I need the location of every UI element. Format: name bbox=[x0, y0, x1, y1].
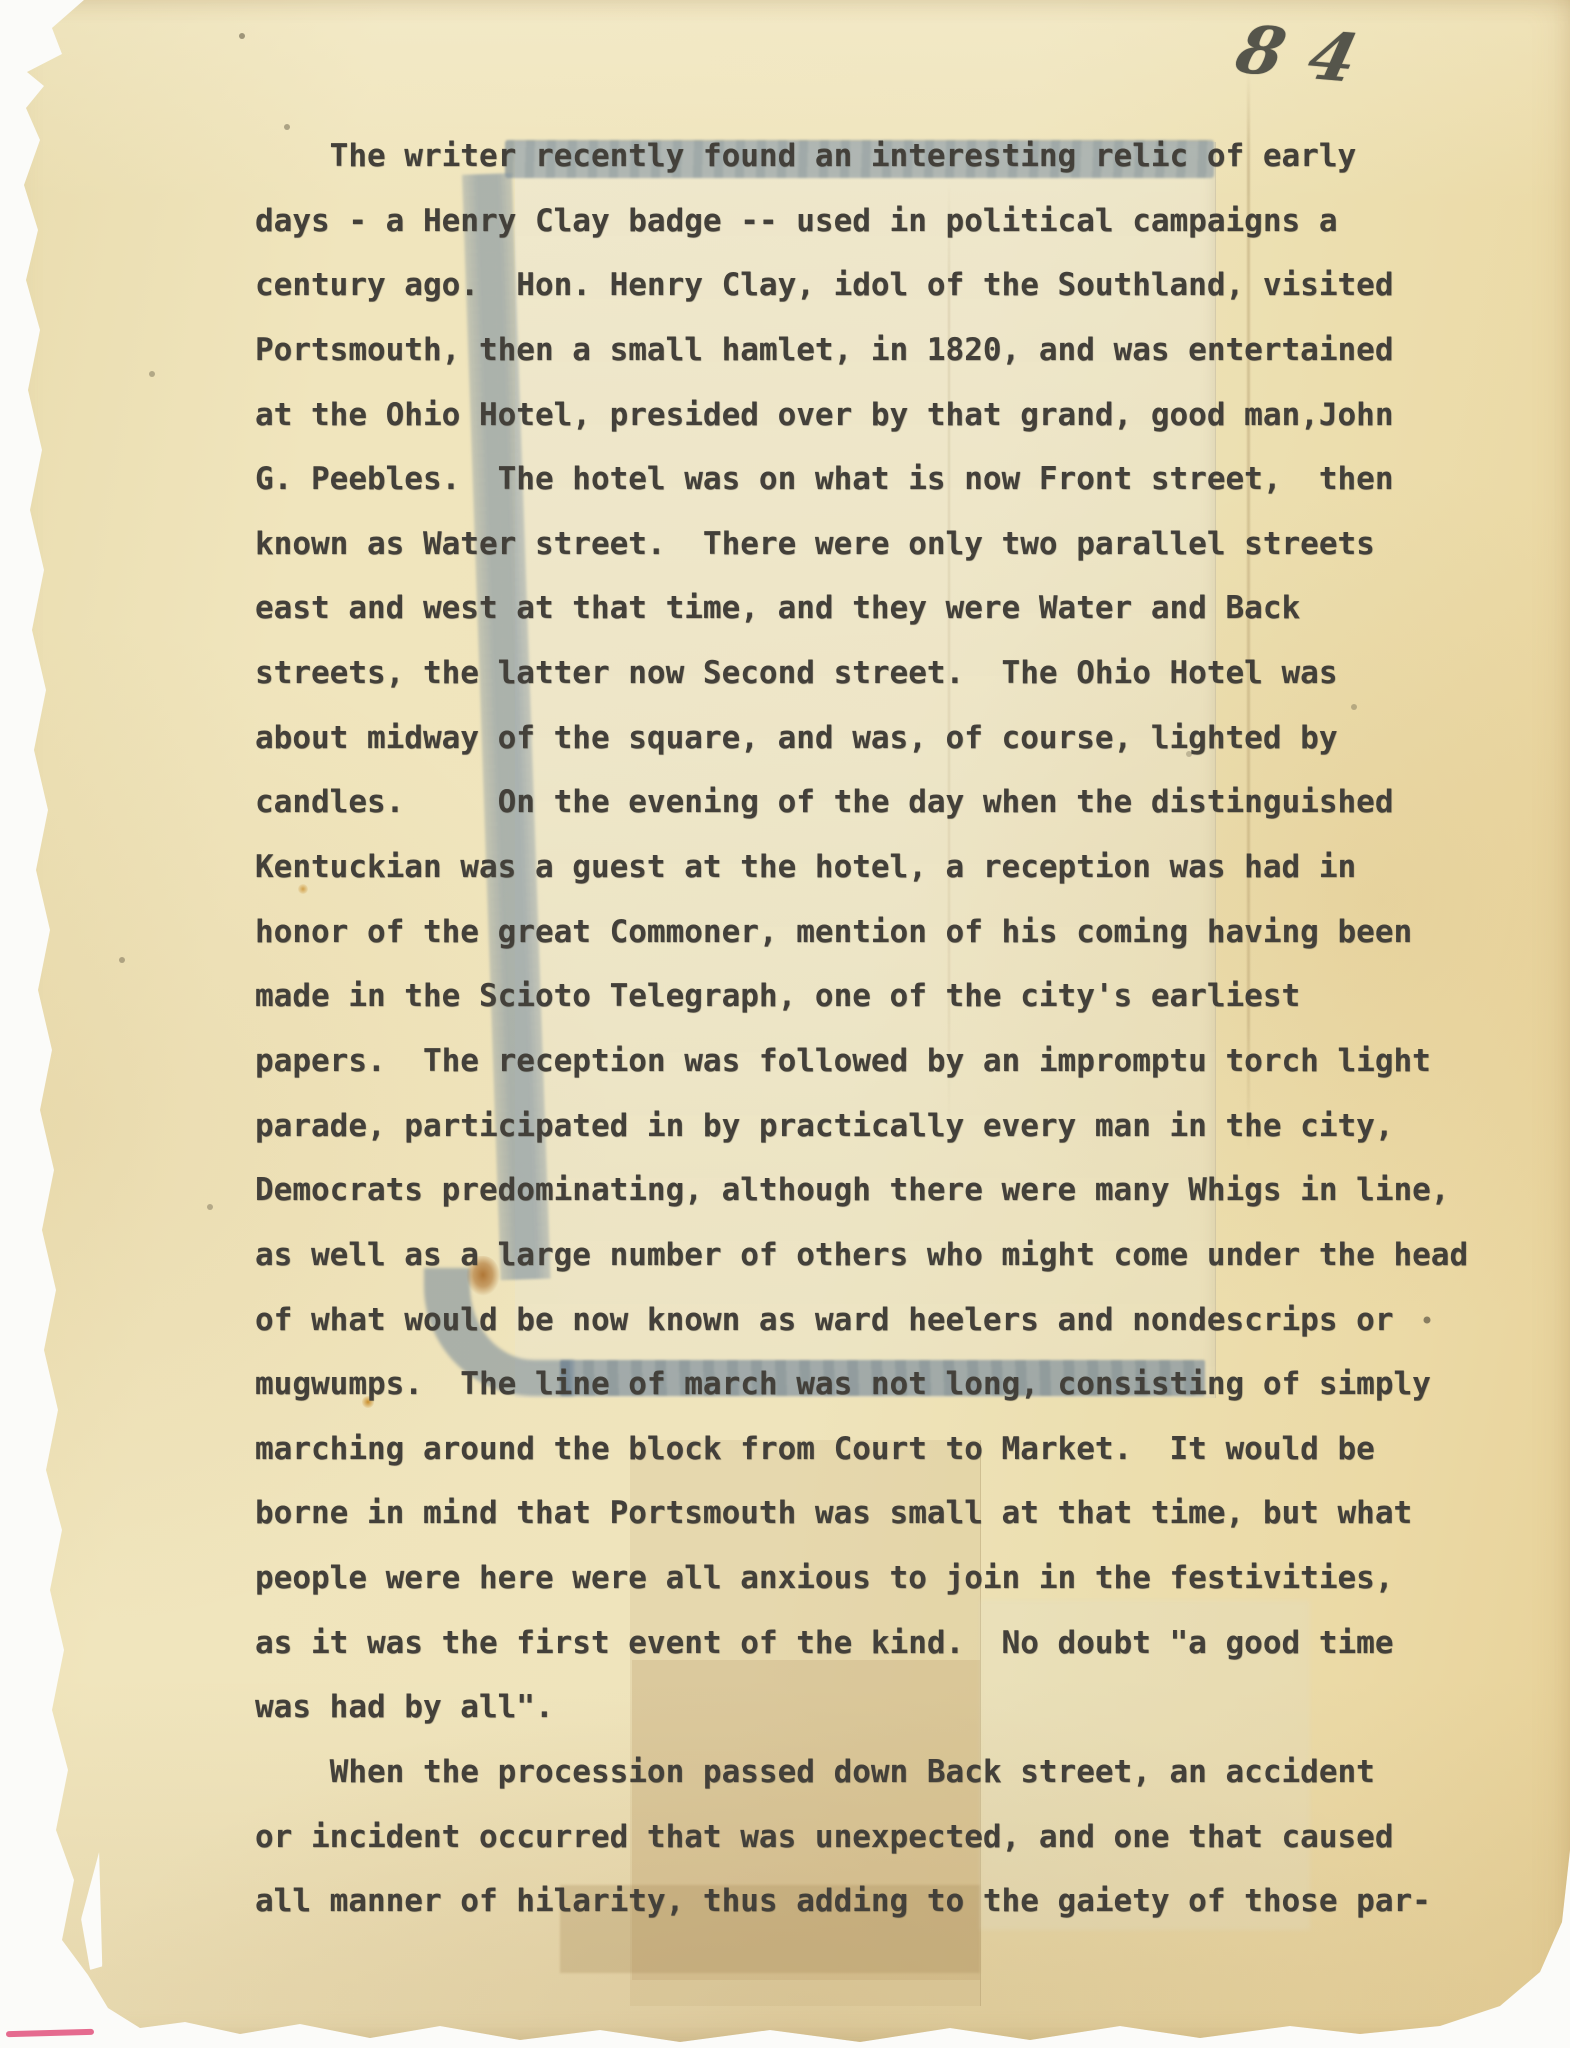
typed-line: century ago. Hon. Henry Clay, idol of th… bbox=[255, 253, 1468, 318]
typed-line: as it was the first event of the kind. N… bbox=[255, 1611, 1468, 1676]
typed-line: Kentuckian was a guest at the hotel, a r… bbox=[255, 835, 1468, 900]
typed-line: G. Peebles. The hotel was on what is now… bbox=[255, 447, 1468, 512]
typed-line: east and west at that time, and they wer… bbox=[255, 576, 1468, 641]
typed-line: people were here were all anxious to joi… bbox=[255, 1546, 1468, 1611]
typed-line: marching around the block from Court to … bbox=[255, 1417, 1468, 1482]
typed-line: papers. The reception was followed by an… bbox=[255, 1029, 1468, 1094]
typed-text-block: The writer recently found an interesting… bbox=[255, 124, 1468, 1934]
paper-page: The writer recently found an interesting… bbox=[0, 0, 1570, 2048]
typed-line: Portsmouth, then a small hamlet, in 1820… bbox=[255, 318, 1468, 383]
typed-line: of what would be now known as ward heele… bbox=[255, 1288, 1468, 1353]
typed-line: borne in mind that Portsmouth was small … bbox=[255, 1481, 1468, 1546]
typed-line: or incident occurred that was unexpected… bbox=[255, 1805, 1468, 1870]
handwritten-page-number: 84 bbox=[1229, 10, 1390, 99]
typed-line: all manner of hilarity, thus adding to t… bbox=[255, 1869, 1468, 1934]
typed-line: mugwumps. The line of march was not long… bbox=[255, 1352, 1468, 1417]
typed-line: candles. On the evening of the day when … bbox=[255, 770, 1468, 835]
typed-line: as well as a large number of others who … bbox=[255, 1223, 1468, 1288]
red-edge-mark bbox=[6, 2029, 94, 2037]
typed-line: honor of the great Commoner, mention of … bbox=[255, 900, 1468, 965]
typed-line: streets, the latter now Second street. T… bbox=[255, 641, 1468, 706]
typed-line: The writer recently found an interesting… bbox=[255, 124, 1468, 189]
typed-line: days - a Henry Clay badge -- used in pol… bbox=[255, 189, 1468, 254]
typed-line: about midway of the square, and was, of … bbox=[255, 706, 1468, 771]
ink-specks bbox=[0, 0, 4, 4]
typed-line: When the procession passed down Back str… bbox=[255, 1740, 1468, 1805]
typed-line: parade, participated in by practically e… bbox=[255, 1094, 1468, 1159]
typed-line: Democrats predominating, although there … bbox=[255, 1158, 1468, 1223]
typed-line: at the Ohio Hotel, presided over by that… bbox=[255, 383, 1468, 448]
paper-tear-crack bbox=[76, 1851, 114, 1971]
typed-line: was had by all". bbox=[255, 1675, 1468, 1740]
typed-line: known as Water street. There were only t… bbox=[255, 512, 1468, 577]
typed-line: made in the Scioto Telegraph, one of the… bbox=[255, 964, 1468, 1029]
scan-background: The writer recently found an interesting… bbox=[0, 0, 1570, 2048]
